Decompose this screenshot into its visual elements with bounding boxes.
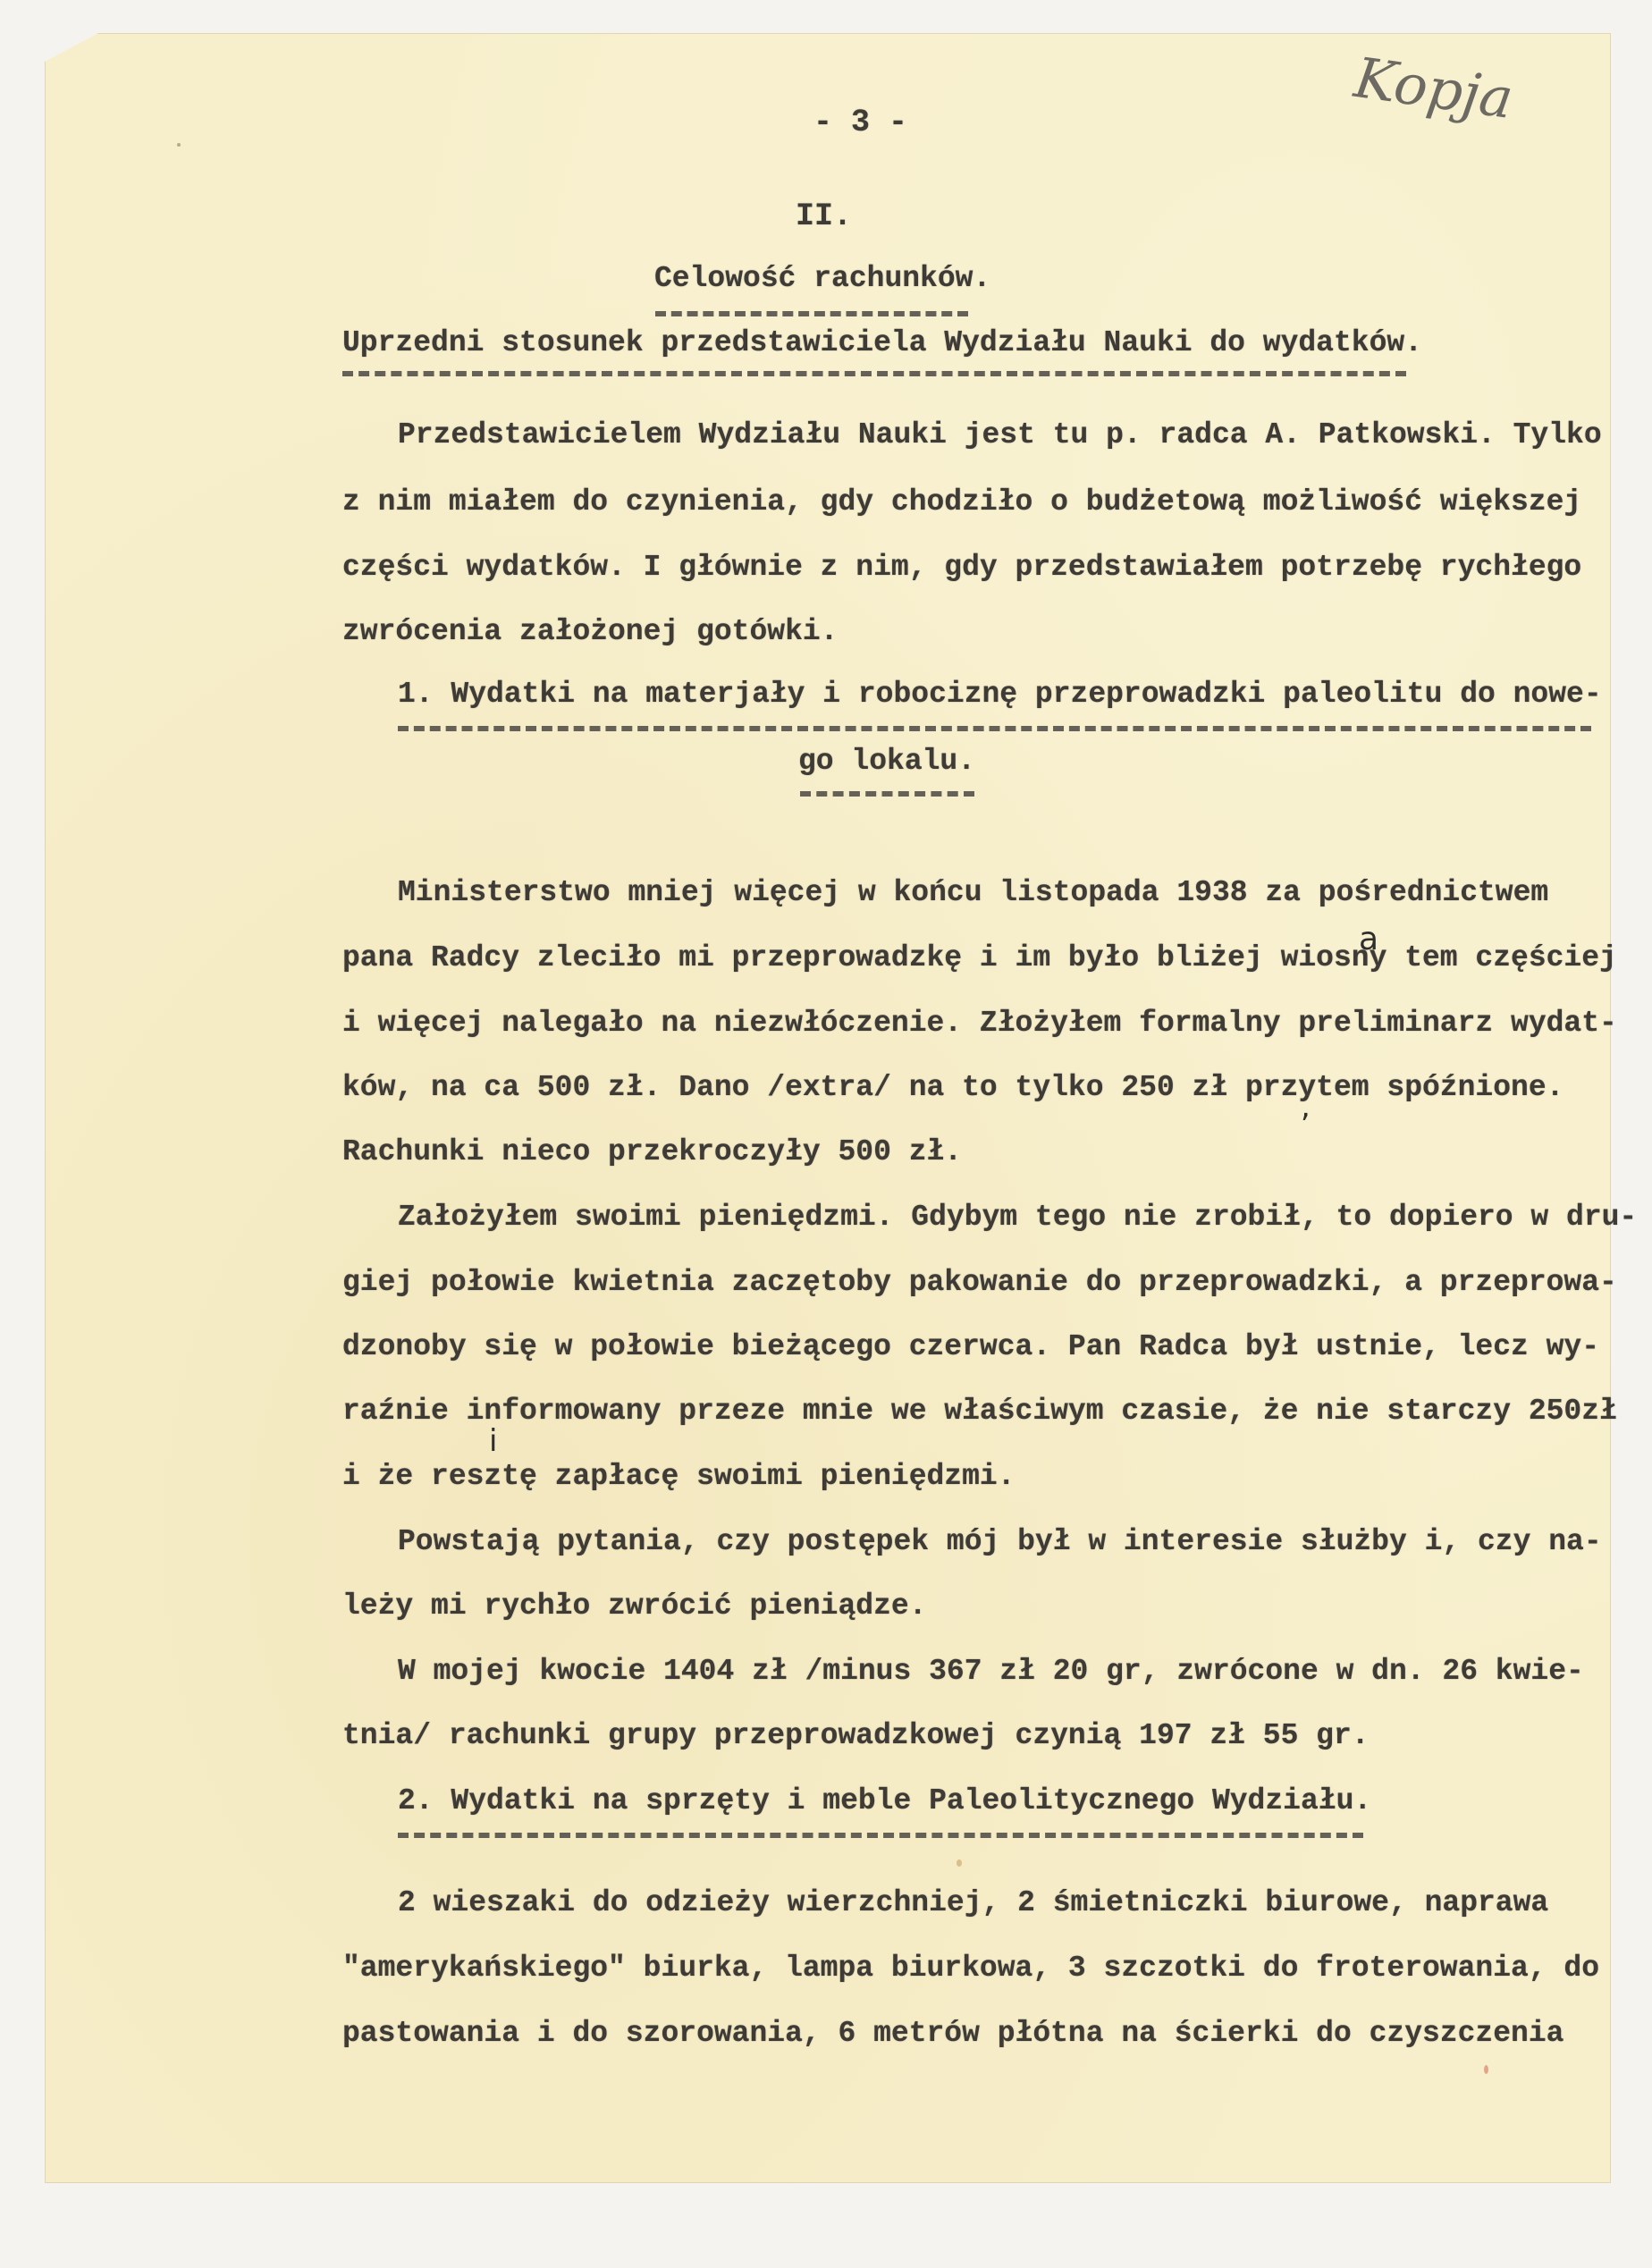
text-line: tnia/ rachunki grupy przeprowadzkowej cz…	[342, 1721, 1370, 1750]
paper-speck	[177, 143, 181, 147]
text-line: Rachunki nieco przekroczyły 500 zł.	[342, 1137, 962, 1167]
subtitle-underline	[342, 371, 1406, 376]
section-numeral: II.	[796, 201, 852, 232]
text-line: zwrócenia założonej gotówki.	[342, 617, 839, 646]
paper-speck	[1484, 2065, 1488, 2074]
text-line: i więcej nalegało na niezwłóczenie. Złoż…	[342, 1008, 1617, 1038]
text-line: pastowania i do szorowania, 6 metrów płó…	[342, 2019, 1563, 2048]
handwritten-correction: a	[1359, 921, 1378, 957]
section-title: Celowość rachunków.	[654, 264, 990, 293]
text-line: Powstają pytania, czy postępek mój był w…	[398, 1527, 1602, 1556]
page-number: - 3 -	[813, 107, 907, 139]
text-line: części wydatków. I głównie z nim, gdy pr…	[342, 552, 1581, 582]
item2-heading: 2. Wydatki na sprzęty i meble Paleolityc…	[398, 1786, 1371, 1816]
handwritten-correction: ,	[1301, 1089, 1311, 1125]
text-line: leży mi rychło zwrócić pieniądze.	[342, 1591, 927, 1621]
item1-heading-line1: 1. Wydatki na materjały i robociznę prze…	[398, 679, 1602, 709]
text-line: ków, na ca 500 zł. Dano /extra/ na to ty…	[342, 1073, 1563, 1102]
text-line: Założyłem swoimi pieniędzmi. Gdybym tego…	[398, 1202, 1637, 1232]
text-line: Przedstawicielem Wydziału Nauki jest tu …	[398, 420, 1602, 450]
text-line: giej połowie kwietnia zaczętoby pakowani…	[342, 1268, 1617, 1297]
text-line: dzonoby się w połowie bieżącego czerwca.…	[342, 1332, 1599, 1362]
title-underline	[655, 311, 968, 316]
text-line: i że resztę zapłacę swoimi pieniędzmi.	[342, 1462, 1016, 1491]
text-line: W mojej kwocie 1404 zł /minus 367 zł 20 …	[398, 1657, 1584, 1686]
text-line: raźnie informowany przeze mnie we właści…	[342, 1396, 1617, 1426]
text-line: "amerykańskiego" biurka, lampa biurkowa,…	[342, 1953, 1599, 1983]
item1-heading-line2-underline	[800, 791, 974, 797]
text-line: Ministerstwo mniej więcej w końcu listop…	[398, 878, 1548, 907]
text-line: z nim miałem do czynienia, gdy chodziło …	[342, 487, 1581, 517]
item2-heading-underline	[398, 1833, 1363, 1838]
item1-heading-line2: go lokalu.	[798, 746, 975, 776]
handwritten-correction: i	[489, 1423, 497, 1459]
text-line: 2 wieszaki do odzieży wierzchniej, 2 śmi…	[398, 1888, 1548, 1918]
text-line: pana Radcy zleciło mi przeprowadzkę i im…	[342, 943, 1617, 973]
item1-heading-underline	[398, 726, 1591, 731]
paper-speck	[957, 1859, 962, 1867]
section-subtitle: Uprzedni stosunek przedstawiciela Wydzia…	[342, 328, 1422, 358]
